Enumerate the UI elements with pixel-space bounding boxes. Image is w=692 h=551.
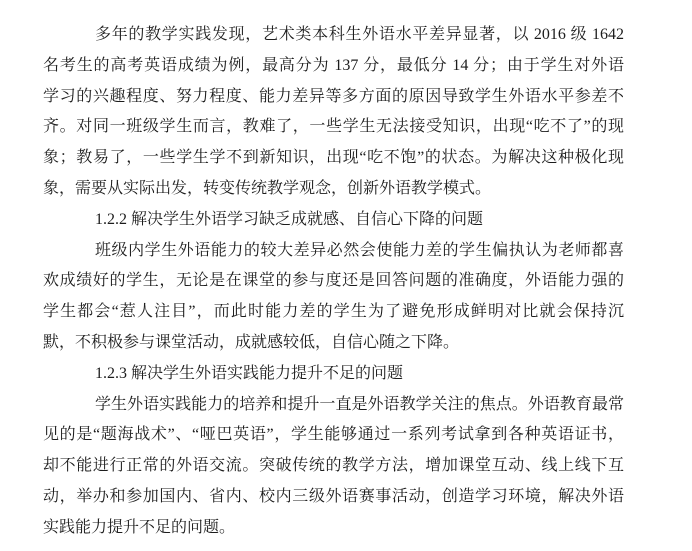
heading-line: 1.2.3 解决学生外语实践能力提升不足的问题 xyxy=(43,359,624,390)
paragraph-line: 学习的兴趣程度、努力程度、能力差异等多方面的原因导致学生外语水平参差不 xyxy=(43,82,624,113)
paragraph-line: 象，需要从实际出发，转变传统教学观念，创新外语教学模式。 xyxy=(43,174,624,205)
paragraph-line: 象；教易了，一些学生学不到新知识，出现“吃不饱”的状态。为解决这种极化现 xyxy=(43,143,624,174)
paragraph-line: 见的是“题海战术”、“哑巴英语”，学生能够通过一系列考试拿到各种英语证书， xyxy=(43,420,624,451)
paragraph-confidence-decline: 班级内学生外语能力的较大差异必然会使能力差的学生偏执认为老师都喜欢成绩好的学生，… xyxy=(43,236,624,359)
paragraph-exam-score-gap: 多年的教学实践发现，艺术类本科生外语水平差异显著，以 2016 级 1642名考… xyxy=(43,20,624,205)
heading-line: 1.2.2 解决学生外语学习缺乏成就感、自信心下降的问题 xyxy=(43,205,624,236)
paragraph-line: 默，不积极参与课堂活动，成就感较低，自信心随之下降。 xyxy=(43,328,624,359)
paragraph-line: 动，举办和参加国内、省内、校内三级外语赛事活动，创造学习环境，解决外语 xyxy=(43,482,624,513)
paragraph-line: 学生都会“惹人注目”，而此时能力差的学生为了避免形成鲜明对比就会保持沉 xyxy=(43,297,624,328)
paragraph-line: 班级内学生外语能力的较大差异必然会使能力差的学生偏执认为老师都喜 xyxy=(43,236,624,267)
page: 多年的教学实践发现，艺术类本科生外语水平差异显著，以 2016 级 1642名考… xyxy=(0,0,692,551)
heading-1-2-3: 1.2.3 解决学生外语实践能力提升不足的问题 xyxy=(43,359,624,390)
paragraph-line: 名考生的高考英语成绩为例，最高分为 137 分，最低分 14 分；由于学生对外语 xyxy=(43,51,624,82)
document-page: { "page": { "width": 692, "height": 551,… xyxy=(0,0,692,551)
paragraph-line: 却不能进行正常的外语交流。突破传统的教学方法，增加课堂互动、线上线下互 xyxy=(43,451,624,482)
paragraph-practice-ability: 学生外语实践能力的培养和提升一直是外语教学关注的焦点。外语教育最常见的是“题海战… xyxy=(43,390,624,544)
paragraph-line: 学生外语实践能力的培养和提升一直是外语教学关注的焦点。外语教育最常 xyxy=(43,390,624,421)
heading-1-2-2: 1.2.2 解决学生外语学习缺乏成就感、自信心下降的问题 xyxy=(43,205,624,236)
paragraph-line: 欢成绩好的学生，无论是在课堂的参与度还是回答问题的准确度，外语能力强的 xyxy=(43,266,624,297)
paragraph-line: 齐。对同一班级学生而言，教难了，一些学生无法接受知识，出现“吃不了”的现 xyxy=(43,112,624,143)
paragraph-line: 实践能力提升不足的问题。 xyxy=(43,513,624,544)
paragraph-line: 多年的教学实践发现，艺术类本科生外语水平差异显著，以 2016 级 1642 xyxy=(43,20,624,51)
text-block: 多年的教学实践发现，艺术类本科生外语水平差异显著，以 2016 级 1642名考… xyxy=(43,20,624,544)
